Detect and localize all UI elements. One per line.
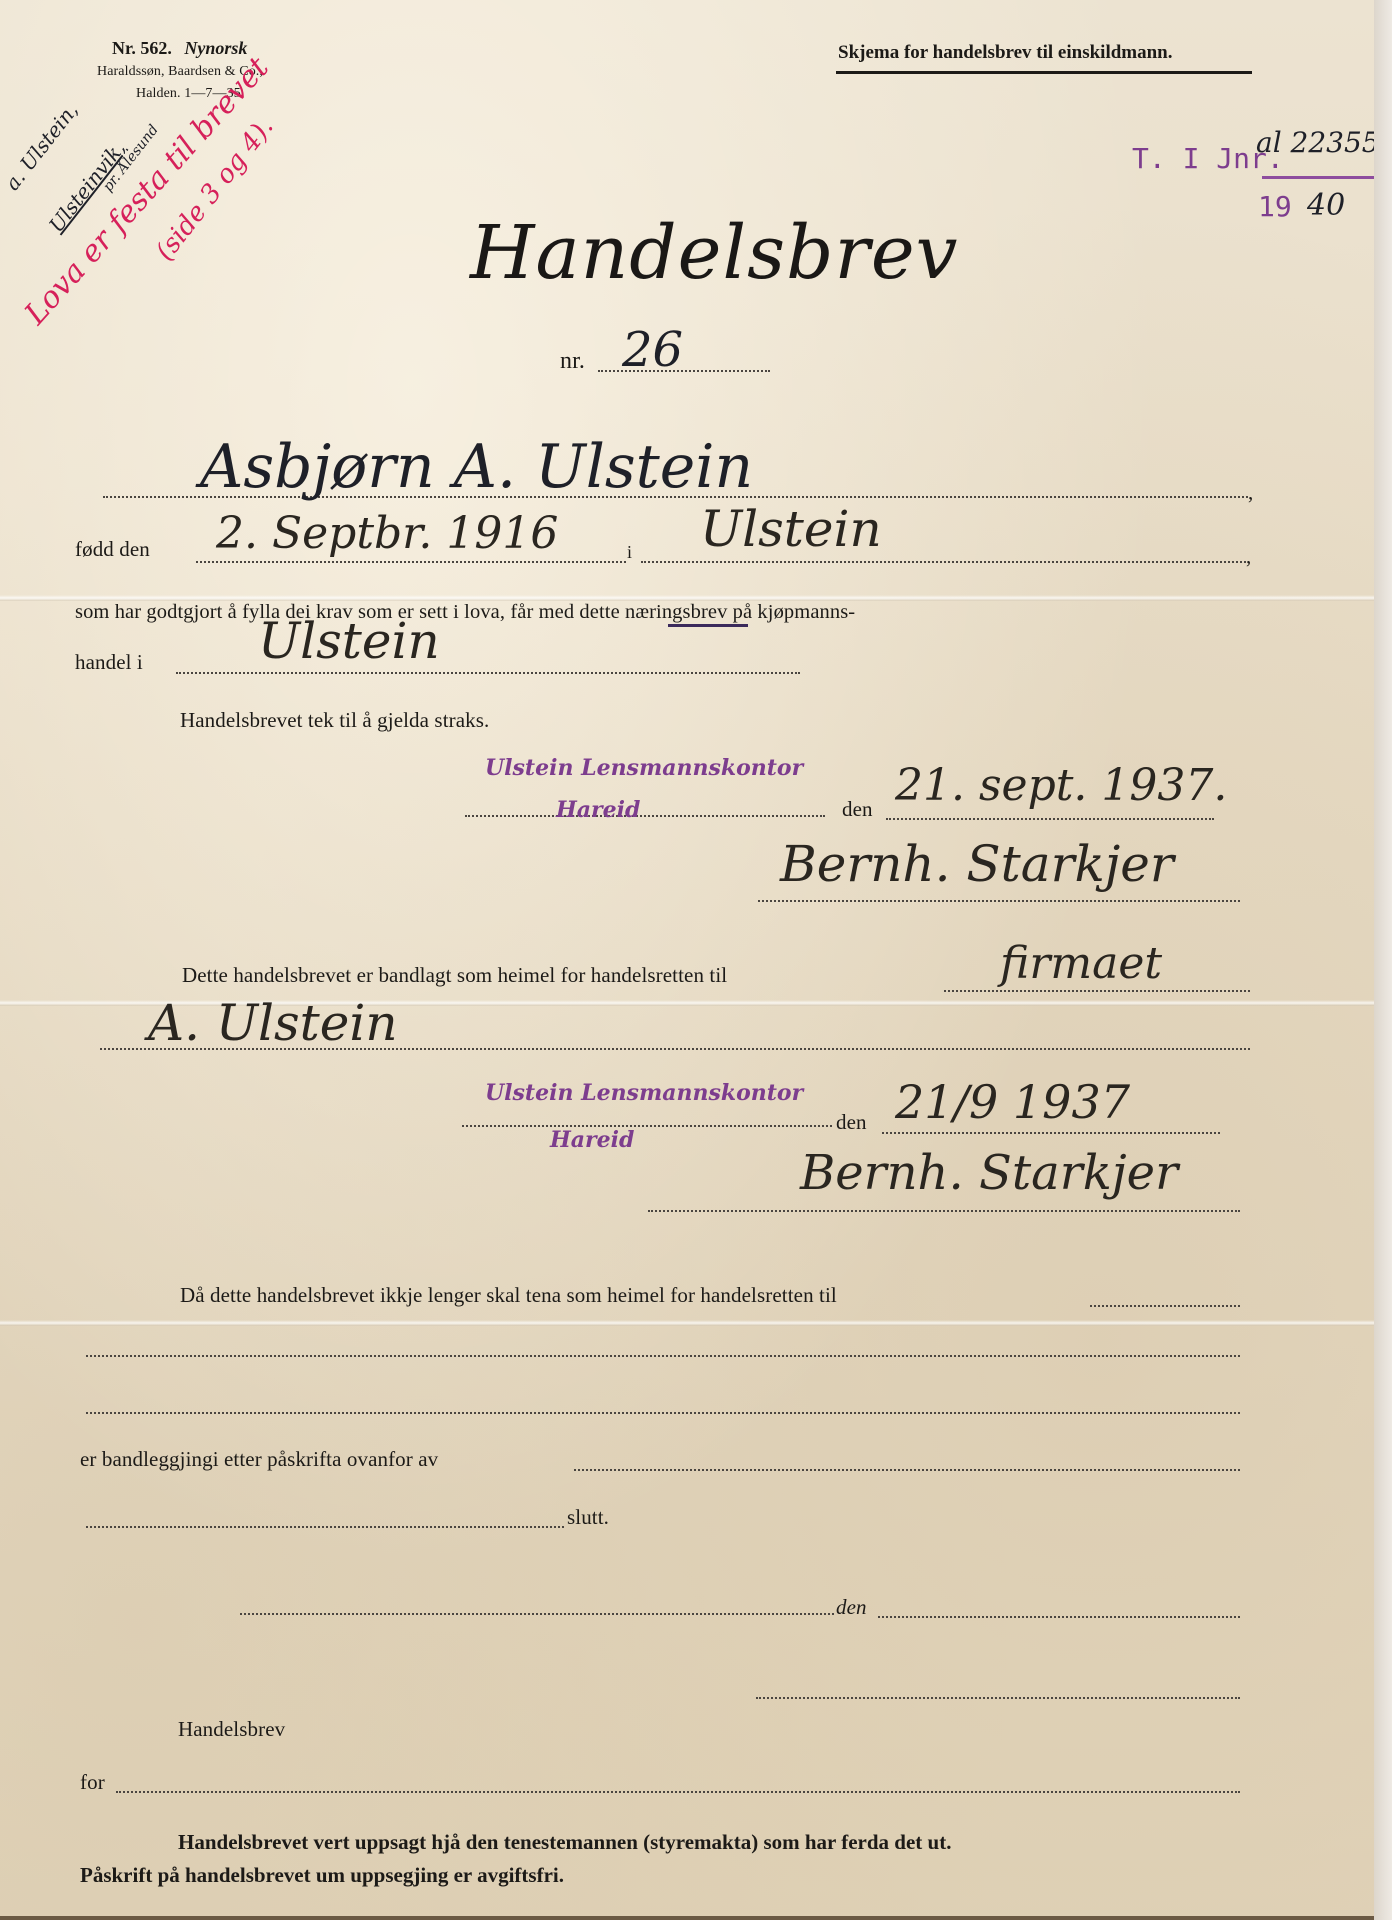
footer-for-line bbox=[116, 1791, 1240, 1793]
journal-stamp-line bbox=[1262, 176, 1386, 179]
document-page: Nr. 562. Nynorsk Haraldssøn, Baardsen & … bbox=[0, 0, 1374, 1916]
born-date[interactable]: 2. Septbr. 1916 bbox=[216, 508, 558, 559]
release-date-line bbox=[878, 1616, 1240, 1618]
pledge-den-label: den bbox=[836, 1110, 867, 1135]
release-line1 bbox=[1090, 1305, 1240, 1307]
release-signature-line bbox=[756, 1697, 1240, 1699]
lova-underline bbox=[668, 624, 748, 627]
footer-for-label: for bbox=[80, 1770, 105, 1795]
footer-handelsbrev-label: Handelsbrev bbox=[178, 1717, 285, 1742]
pledge-date-line bbox=[882, 1132, 1220, 1134]
release-ended-text: er bandleggjingi etter påskrifta ovanfor… bbox=[80, 1447, 438, 1472]
comma: , bbox=[1248, 480, 1253, 505]
issuance-signature-line bbox=[758, 900, 1240, 902]
requirement-text: som har godtgjort å fylla dei krav som e… bbox=[75, 601, 855, 624]
issuance-signature[interactable]: Bernh. Starkjer bbox=[780, 835, 1174, 893]
born-place-label: i bbox=[627, 542, 632, 563]
pencil-note-line1: a. Ulstein, bbox=[0, 98, 83, 194]
trade-place-line bbox=[176, 672, 800, 674]
pledge-text: Dette handelsbrevet er bandlagt som heim… bbox=[182, 963, 727, 988]
journal-number: al 22355 bbox=[1256, 126, 1380, 159]
pledge-value-line1 bbox=[944, 990, 1250, 992]
pledge-date[interactable]: 21/9 1937 bbox=[895, 1075, 1130, 1129]
pledge-stamp-line1: Ulstein Lensmannskontor bbox=[485, 1080, 803, 1106]
form-number: Nr. 562. bbox=[112, 38, 172, 58]
release-line3 bbox=[86, 1412, 1240, 1414]
form-title: Skjema for handelsbrev til einskildmann. bbox=[838, 42, 1173, 64]
issuance-date-line bbox=[886, 818, 1214, 820]
journal-year-suffix: 40 bbox=[1307, 188, 1345, 223]
release-text: Då dette handelsbrevet ikkje lenger skal… bbox=[180, 1283, 837, 1308]
paper-fold bbox=[0, 1320, 1374, 1326]
form-title-underline bbox=[836, 71, 1252, 74]
footer-notice-line1: Handelsbrevet vert uppsagt hjå den tenes… bbox=[178, 1830, 951, 1855]
pledge-value-line2-text[interactable]: A. Ulstein bbox=[148, 994, 398, 1052]
born-date-line bbox=[196, 561, 626, 563]
release-line2 bbox=[86, 1355, 1240, 1357]
release-slutt-label: slutt. bbox=[567, 1505, 609, 1530]
release-place-line bbox=[240, 1613, 834, 1615]
issuance-den-label: den bbox=[842, 797, 873, 822]
born-place-line bbox=[641, 561, 1246, 563]
comma: , bbox=[1246, 544, 1251, 569]
form-number-line: Nr. 562. Nynorsk bbox=[112, 38, 247, 59]
pledge-place-line bbox=[462, 1125, 832, 1127]
release-slutt-line bbox=[86, 1526, 564, 1528]
release-by-line bbox=[574, 1469, 1240, 1471]
born-label: fødd den bbox=[75, 537, 150, 562]
document-title: Handelsbrev bbox=[470, 210, 958, 296]
trade-label: handel i bbox=[75, 650, 143, 675]
issuance-date[interactable]: 21. sept. 1937. bbox=[895, 760, 1227, 811]
footer-notice-line2: Påskrift på handelsbrevet um uppsegjing … bbox=[80, 1863, 564, 1888]
pledge-signature[interactable]: Bernh. Starkjer bbox=[800, 1145, 1178, 1201]
nr-value[interactable]: 26 bbox=[622, 322, 683, 378]
pledge-stamp-line2: Hareid bbox=[550, 1127, 634, 1153]
issuance-stamp-line1: Ulstein Lensmannskontor bbox=[485, 755, 803, 781]
issuance-place-line bbox=[465, 815, 825, 817]
trade-place[interactable]: Ulstein bbox=[258, 612, 440, 670]
holder-name[interactable]: Asbjørn A. Ulstein bbox=[200, 432, 753, 502]
form-language: Nynorsk bbox=[184, 38, 247, 58]
release-den-label: den bbox=[836, 1595, 867, 1620]
nr-label: nr. bbox=[560, 348, 585, 375]
born-place[interactable]: Ulstein bbox=[700, 500, 882, 558]
issuance-stamp-line2: Hareid bbox=[556, 797, 640, 823]
pledge-value-line1-text[interactable]: firmaet bbox=[1000, 938, 1162, 989]
effective-text: Handelsbrevet tek til å gjelda straks. bbox=[180, 708, 489, 733]
journal-year-prefix: 19 bbox=[1258, 190, 1292, 223]
page-edge bbox=[1374, 0, 1392, 1920]
pledge-signature-line bbox=[648, 1210, 1240, 1212]
